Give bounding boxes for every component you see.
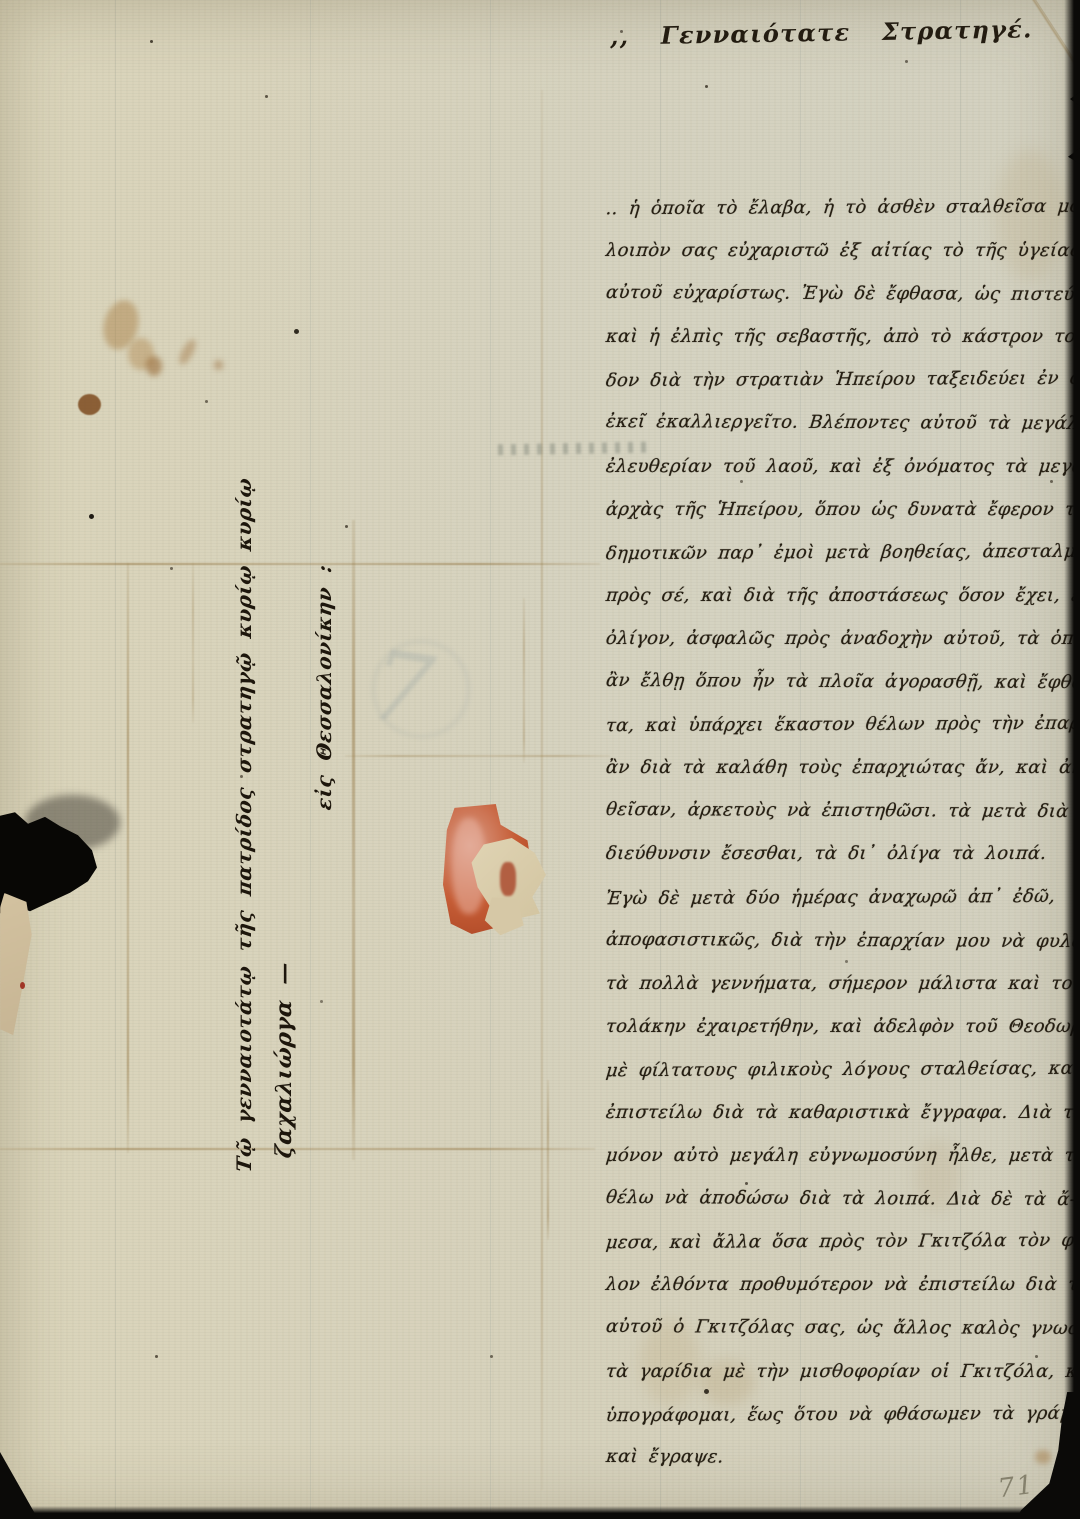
body-line: Ἐγὼ δὲ μετὰ δύο ἡμέρας ἀναχωρῶ ἀπ᾽ ἐδῶ,	[604, 874, 1077, 920]
address-line-1: Τῷ γενναιοτάτῳ τῆς πατρίδος στρατηγῷ κυρ…	[224, 604, 264, 1175]
body-line: δημοτικῶν παρ᾽ ἐμοὶ μετὰ βοηθείας, ἀπεστ…	[604, 530, 1077, 576]
body-line: ἀποφασιστικῶς, διὰ τὴν ἐπαρχίαν μου νὰ φ…	[604, 918, 1076, 963]
page-number: 71	[996, 1470, 1036, 1504]
body-line: δον διὰ τὴν στρατιὰν Ἡπείρου ταξειδεύει …	[604, 357, 1077, 403]
stain-splash	[146, 356, 162, 376]
fold-crease-vertical-mid	[352, 520, 355, 1160]
address-rotated-block: Τῷ γενναιοτάτῳ τῆς πατρίδος στρατηγῷ κυρ…	[224, 606, 346, 1172]
body-line: ὀλίγον, ἀσφαλῶς πρὸς ἀναδοχὴν αὐτοῦ, τὰ …	[604, 617, 1077, 660]
fold-crease-vertical-mid-2	[523, 598, 525, 763]
tear-flap	[0, 893, 44, 1041]
body-line: ἂν ἔλθῃ ὅπου ἦν τὰ πλοῖα ἀγορασθῇ, καὶ ἔ…	[604, 659, 1076, 704]
body-line: τολάκην ἐχαιρετήθην, καὶ ἀδελφὸν τοῦ Θεο…	[604, 1005, 1077, 1048]
body-line: .. ἡ ὁποῖα τὸ ἔλαβα, ἡ τὸ ἀσθὲν σταλθεῖσ…	[604, 185, 1077, 231]
body-line: λον ἐλθόντα προθυμότερον νὰ ἐπιστείλω δι…	[604, 1263, 1077, 1306]
body-line: αὐτοῦ εὐχαρίστως. Ἐγὼ δὲ ἔφθασα, ὡς πιστ…	[604, 271, 1076, 316]
fold-crease-center	[541, 90, 543, 1490]
body-line: ἐκεῖ ἐκαλλιεργεῖτο. Βλέποντες αὐτοῦ τὰ μ…	[604, 400, 1076, 445]
body-line: ἀρχὰς τῆς Ἡπείρου, ὅπου ὡς δυνατὰ ἔφερον…	[604, 488, 1077, 531]
body-line: καὶ ἡ ἐλπὶς τῆς σεβαστῆς, ἀπὸ τὸ κάστρον…	[604, 315, 1077, 358]
letter-heading: ,, Γενναιότατε Στρατηγέ.	[610, 14, 1033, 50]
fold-crease-center-segment	[547, 1080, 549, 1240]
body-line: αὐτοῦ ὁ Γκιτζόλας σας, ὡς ἄλλος καλὸς γν…	[604, 1305, 1076, 1350]
body-line: θέλω νὰ ἀποδώσω διὰ τὰ λοιπά. Διὰ δὲ τὰ …	[604, 1176, 1076, 1221]
body-line: ὑπογράφομαι, ἕως ὅτου νὰ φθάσωμεν τὰ γρά…	[604, 1391, 1077, 1437]
address-line-3: εἰς Θεσσαλονίκην :	[304, 604, 344, 813]
body-line: μεσα, καὶ ἄλλα ὅσα πρὸς τὸν Γκιτζόλα τὸν…	[604, 1219, 1077, 1265]
scan-bottom-edge	[0, 1506, 1080, 1519]
body-line: τὰ γαρίδια μὲ τὴν μισθοφορίαν οἱ Γκιτζόλ…	[604, 1350, 1077, 1393]
body-line: θεῖσαν, ἀρκετοὺς νὰ ἐπιστηθῶσι. τὰ μετὰ …	[604, 788, 1076, 833]
stain-dot-small	[214, 360, 223, 370]
foxing-specks	[150, 40, 153, 43]
body-line: μόνον αὐτὸ μεγάλη εὐγνωμοσύνη ἦλθε, μετὰ…	[604, 1134, 1077, 1177]
stain-dot	[78, 394, 101, 415]
stain-drip	[176, 337, 199, 367]
fold-crease-vertical-left	[127, 563, 129, 1153]
body-line: διεύθυνσιν ἔσεσθαι, τὰ δι᾽ ὀλίγα τὰ λοιπ…	[604, 832, 1077, 875]
body-line: τὰ πολλὰ γεννήματα, σήμερον μάλιστα καὶ …	[604, 962, 1077, 1005]
body-line: μὲ φίλτατους φιλικοὺς λόγους σταλθείσας,…	[604, 1047, 1077, 1093]
address-panel: Τῷ γενναιοτάτῳ τῆς πατρίδος στρατηγῷ κυρ…	[224, 606, 348, 1172]
body-line: λοιπὸν σας εὐχαριστῶ ἐξ αἰτίας τὸ τῆς ὑγ…	[604, 229, 1077, 272]
body-line: ἐλευθερίαν τοῦ λαοῦ, καὶ ἐξ ὀνόματος τὰ …	[604, 445, 1077, 488]
fold-crease-horizontal-top	[0, 563, 600, 565]
scan-edge-right	[1064, 0, 1080, 1519]
address-line-2: ζαχαλιώργα —	[264, 604, 304, 1161]
paper-chain-line	[115, 0, 116, 1519]
scanned-letter-page: 7 ,, Γενναιότατε Στρατηγέ. .. ἡ ὁποῖα τὸ…	[0, 0, 1080, 1519]
body-line: ἂν διὰ τὰ καλάθη τοὺς ἐπαρχιώτας ἄν, καὶ…	[604, 746, 1077, 789]
body-line: ἐπιστείλω διὰ τὰ καθαριστικὰ ἔγγραφα. Δι…	[604, 1091, 1077, 1134]
fold-crease-vertical-left-2	[192, 563, 194, 723]
watermark-ghost-ring	[372, 640, 470, 738]
body-line: πρὸς σέ, καὶ διὰ τῆς ἀποστάσεως ὅσον ἔχε…	[604, 574, 1077, 617]
letter-body: .. ἡ ὁποῖα τὸ ἔλαβα, ἡ τὸ ἀσθὲν σταλθεῖσ…	[606, 186, 1074, 1479]
tear-flap-red-speck	[20, 982, 25, 989]
body-line: τα, καὶ ὑπάρχει ἕκαστον θέλων πρὸς τὴν ἐ…	[604, 702, 1077, 748]
wax-seal-gap	[500, 862, 516, 896]
